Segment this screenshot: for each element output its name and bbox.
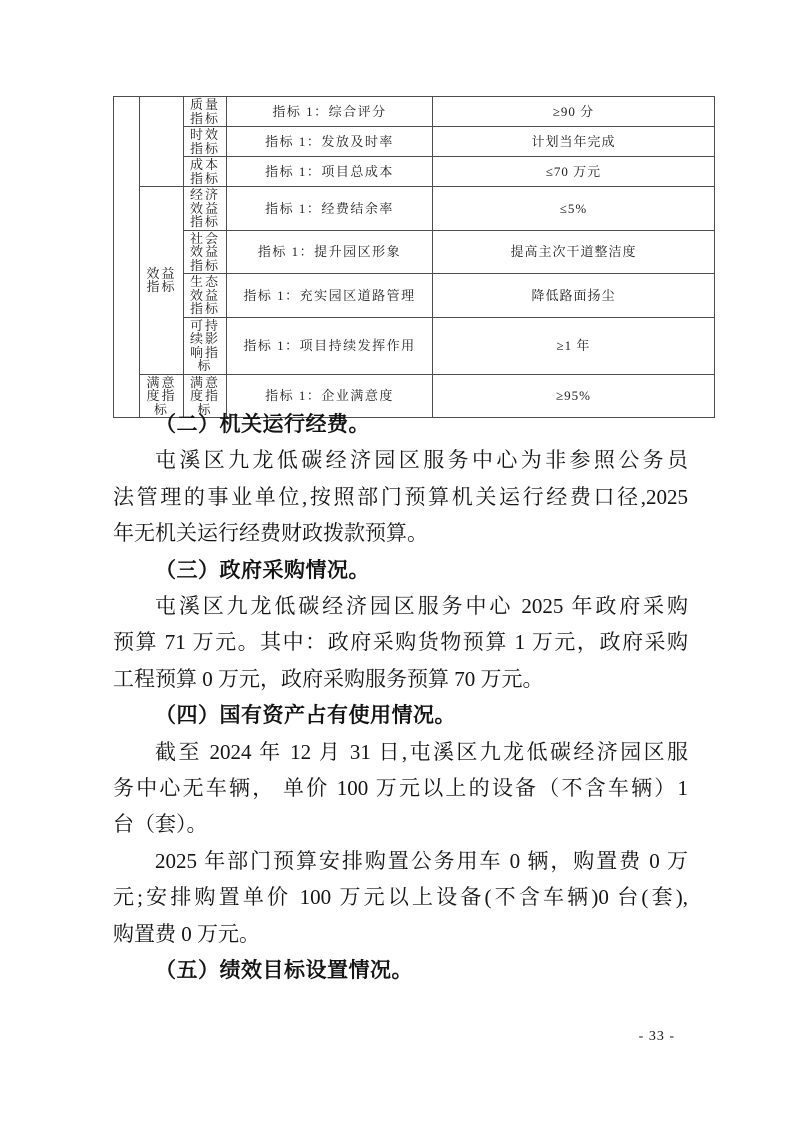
page-number: - 33 - [639,1029,675,1045]
table-cell-category: 社会效益指标 [184,230,227,274]
paragraph: 屯溪区九龙低碳经济园区服务中心为非参照公务员 法管理的事业单位,按照部门预算机关… [113,442,688,551]
table-row: 时效指标 指标 1：发放及时率 计划当年完成 [114,127,715,157]
table-cell-indicator: 指标 1：项目持续发挥作用 [227,317,433,374]
paragraph: 2025 年部门预算安排购置公务用车 0 辆，购置费 0 万 元;安排购置单价 … [113,843,688,952]
paragraph-line: 元;安排购置单价 100 万元以上设备(不含车辆)0 台(套), [113,879,688,915]
table-cell-indicator: 指标 1：提升园区形象 [227,230,433,274]
performance-indicators-table: 质量指标 指标 1：综合评分 ≥90 分 时效指标 指标 1：发放及时率 计划当… [113,96,715,418]
paragraph-line: 年无机关运行经费财政拨款预算。 [113,515,688,551]
table-row: 质量指标 指标 1：综合评分 ≥90 分 [114,97,715,127]
paragraph-line: 购置费 0 万元。 [113,916,688,952]
table-cell-category: 时效指标 [184,127,227,157]
section-heading-state-assets: （四）国有资产占有使用情况。 [113,697,688,733]
paragraph-line: 工程预算 0 万元，政府采购服务预算 70 万元。 [113,661,688,697]
section-heading-performance-targets: （五）绩效目标设置情况。 [113,952,688,988]
section-heading-government-procurement: （三）政府采购情况。 [113,552,688,588]
table-cell-category: 成本指标 [184,157,227,187]
table-row: 社会效益指标 指标 1：提升园区形象 提高主次干道整洁度 [114,230,715,274]
table-cell-indicator: 指标 1：充实园区道路管理 [227,274,433,318]
paragraph-line: 预算 71 万元。其中：政府采购货物预算 1 万元，政府采购 [113,624,688,660]
document-body: （二）机关运行经费。 屯溪区九龙低碳经济园区服务中心为非参照公务员 法管理的事业… [113,398,688,989]
table-row: 生态效益指标 指标 1：充实园区道路管理 降低路面扬尘 [114,274,715,318]
table-cell-target: 降低路面扬尘 [433,274,715,318]
table-cell-target: 计划当年完成 [433,127,715,157]
table-cell-category: 生态效益指标 [184,274,227,318]
paragraph-line: 2025 年部门预算安排购置公务用车 0 辆，购置费 0 万 [113,843,688,879]
paragraph-line: 台（套）。 [113,806,688,842]
section-heading-agency-operating-funds: （二）机关运行经费。 [113,406,688,442]
table-cell-indicator: 指标 1：综合评分 [227,97,433,127]
paragraph-line: 法管理的事业单位,按照部门预算机关运行经费口径,2025 [113,479,688,515]
paragraph-line: 务中心无车辆， 单价 100 万元以上的设备（不含车辆）1 [113,770,688,806]
paragraph: 屯溪区九龙低碳经济园区服务中心 2025 年政府采购 预算 71 万元。其中：政… [113,588,688,697]
table-cell-target: ≤70 万元 [433,157,715,187]
table-cell-category: 经济效益指标 [184,187,227,231]
table-cell-category: 可持续影响指标 [184,317,227,374]
table-cell-indicator: 指标 1：项目总成本 [227,157,433,187]
table-cell-group [140,97,184,187]
table-cell-group: 效益指标 [140,187,184,375]
paragraph-line: 屯溪区九龙低碳经济园区服务中心 2025 年政府采购 [113,588,688,624]
table-cell-category: 质量指标 [184,97,227,127]
table-cell-outer-group [114,97,140,418]
paragraph: 截至 2024 年 12 月 31 日,屯溪区九龙低碳经济园区服 务中心无车辆，… [113,734,688,843]
table-cell-target: ≥90 分 [433,97,715,127]
paragraph-line: 屯溪区九龙低碳经济园区服务中心为非参照公务员 [113,442,688,478]
table-row: 效益指标 经济效益指标 指标 1：经费结余率 ≤5% [114,187,715,231]
table-row: 成本指标 指标 1：项目总成本 ≤70 万元 [114,157,715,187]
table-cell-target: ≤5% [433,187,715,231]
table-cell-indicator: 指标 1：经费结余率 [227,187,433,231]
table-cell-indicator: 指标 1：发放及时率 [227,127,433,157]
document-page: 质量指标 指标 1：综合评分 ≥90 分 时效指标 指标 1：发放及时率 计划当… [0,0,793,1122]
table-cell-target: ≥1 年 [433,317,715,374]
paragraph-line: 截至 2024 年 12 月 31 日,屯溪区九龙低碳经济园区服 [113,734,688,770]
table-cell-target: 提高主次干道整洁度 [433,230,715,274]
table-row: 可持续影响指标 指标 1：项目持续发挥作用 ≥1 年 [114,317,715,374]
